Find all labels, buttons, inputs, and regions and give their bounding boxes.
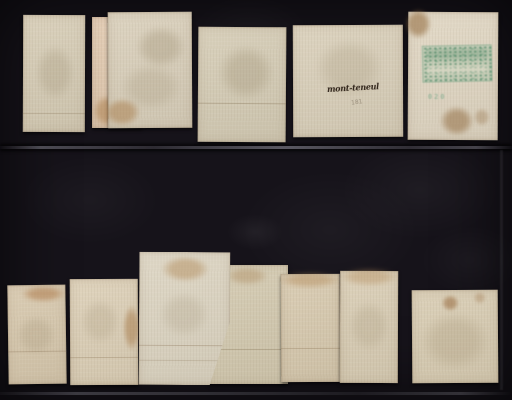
hinge-remnant: [440, 106, 474, 136]
stamp-back-b6: [340, 271, 398, 383]
crease-line: [139, 345, 230, 346]
card-slot-edge-top: [0, 146, 512, 149]
hinge-remnant: [442, 295, 459, 311]
stamp-back-b5: [281, 274, 341, 382]
hinge-remnant: [104, 98, 140, 126]
stamp-back-t1: [23, 15, 85, 132]
stamp-back-b1: [7, 285, 66, 385]
crease-line: [23, 113, 85, 114]
show-through-mottle: [420, 312, 490, 370]
crease-line: [198, 103, 286, 105]
crease-line: [70, 357, 138, 358]
pencil-mark: 181: [351, 98, 363, 107]
crease-line: [281, 348, 340, 349]
expert-signature-handwriting: mont-teneul: [327, 81, 379, 94]
hinge-remnant-band: [279, 272, 341, 288]
show-through-mottle: [136, 26, 186, 68]
stamp-back-t3: [108, 12, 193, 128]
card-edge-right: [500, 150, 503, 390]
crease-line: [139, 360, 230, 361]
show-through-mottle: [218, 45, 274, 100]
hinge-remnant-band: [340, 268, 398, 286]
show-through-mottle: [16, 315, 57, 356]
stamp-back-b2: [70, 279, 139, 385]
design-show-through-green: [422, 44, 493, 82]
stamp-back-b7: [412, 290, 499, 384]
stamp-back-t6: 020: [408, 12, 499, 140]
card-slot-edge-bottom: [0, 392, 512, 395]
show-through-mottle: [80, 299, 120, 344]
hinge-remnant: [474, 292, 486, 304]
hinge-remnant: [123, 305, 140, 351]
stamp-back-t4: [198, 27, 287, 143]
green-control-mark: 020: [428, 93, 447, 101]
hinge-remnant-band: [21, 286, 65, 303]
stock-card: mont-teneul181020: [0, 0, 512, 400]
hinge-remnant: [161, 256, 209, 282]
show-through-mottle: [159, 292, 209, 337]
hinge-remnant-band: [226, 267, 268, 285]
hinge-remnant: [405, 9, 431, 39]
hinge-remnant: [474, 108, 490, 126]
show-through-mottle: [35, 45, 75, 100]
stamp-back-t5: mont-teneul181: [293, 25, 403, 137]
show-through-mottle: [348, 301, 390, 351]
